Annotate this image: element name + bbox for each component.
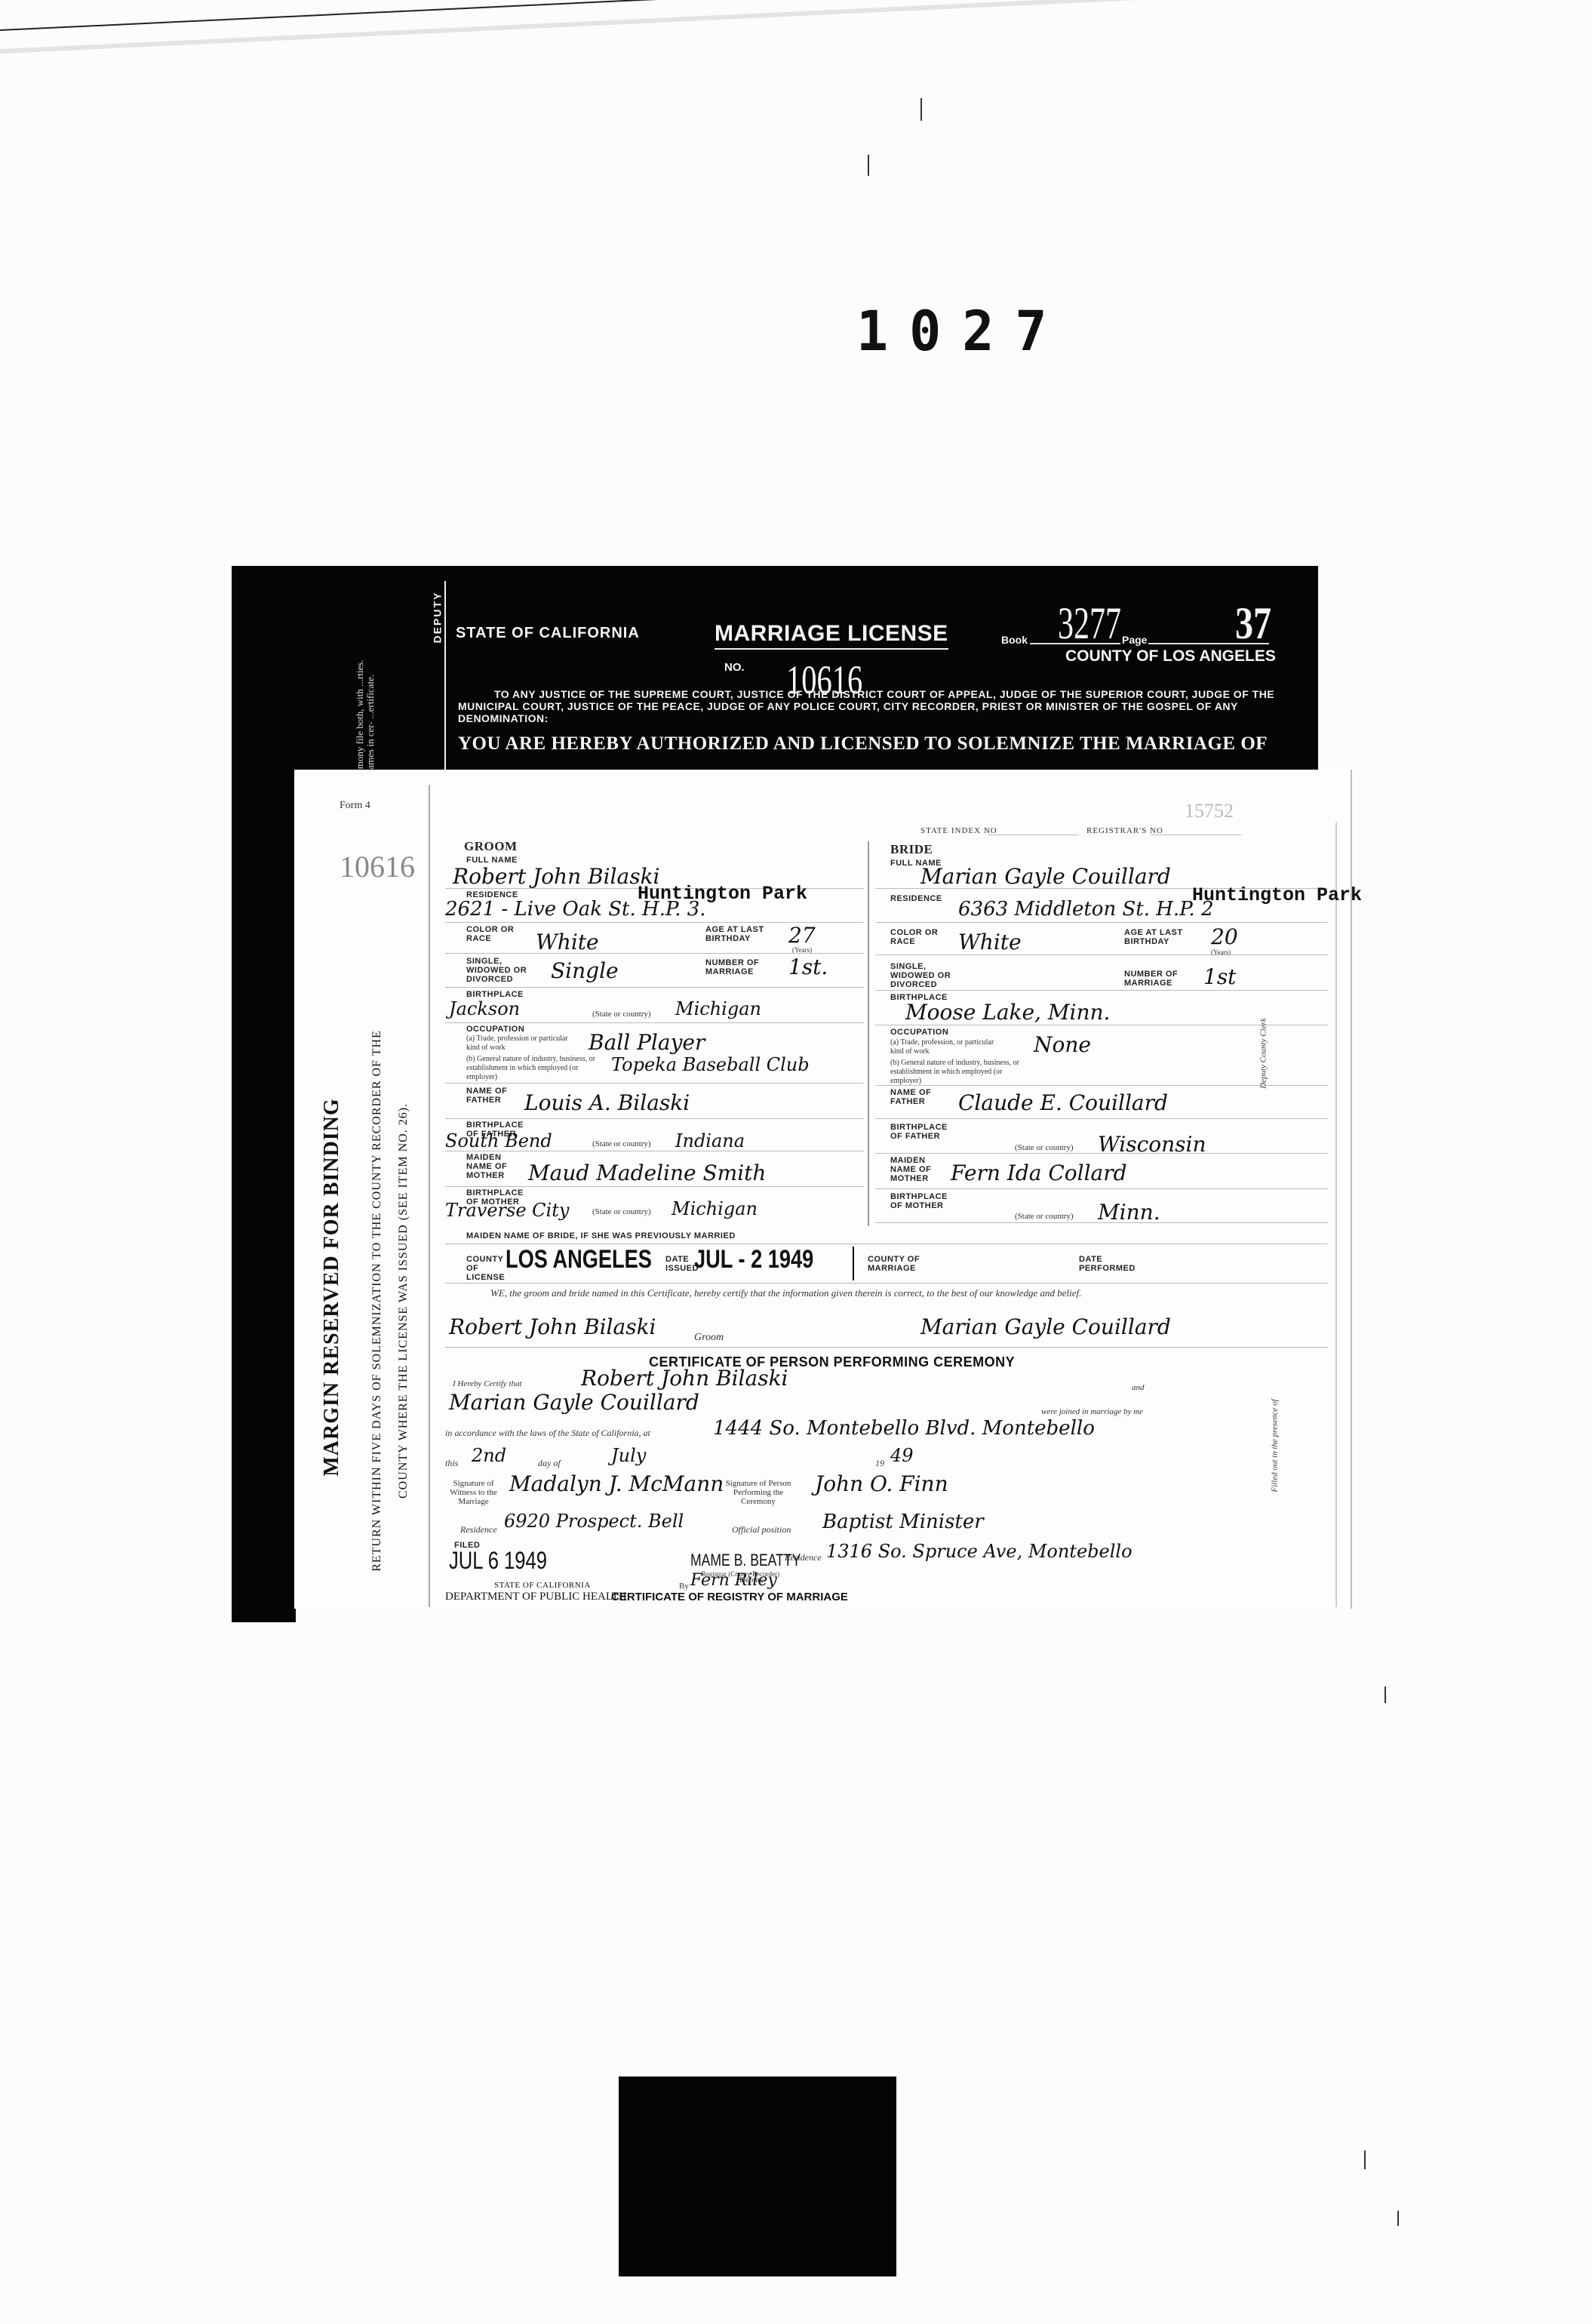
side-note-filled-out: Filled out in the presence of: [1289, 1373, 1304, 1524]
scan-speck: [1397, 2211, 1399, 2226]
state-index-line: [988, 835, 1079, 835]
row-rule: [875, 1188, 1328, 1189]
day-of-label: day of: [538, 1458, 561, 1469]
groom-father-birthplace-state: Indiana: [675, 1130, 745, 1151]
ceremony-day: 2nd: [472, 1445, 506, 1466]
state-index-label: STATE INDEX NO: [920, 826, 997, 835]
footer-department: DEPARTMENT OF PUBLIC HEALTH: [445, 1591, 627, 1603]
row-rule: [445, 1243, 1328, 1244]
license-left-strip: [232, 773, 296, 1622]
groom-residence: 2621 - Live Oak St. H.P. 3.: [445, 898, 706, 921]
groom-age-label: AGE AT LAST BIRTHDAY: [705, 925, 773, 943]
margin-instruction-1: RETURN WITHIN FIVE DAYS OF SOLEMNIZATION…: [370, 991, 384, 1610]
year-prefix: 19: [875, 1458, 884, 1469]
certify-prefix: I Hereby Certify that: [453, 1379, 522, 1388]
bride-father-label: NAME OF FATHER: [890, 1088, 936, 1106]
bride-marriage-number-label: NUMBER OF MARRIAGE: [1124, 970, 1185, 988]
margin-title: MARGIN RESERVED FOR BINDING: [320, 978, 344, 1597]
license-title: MARRIAGE LICENSE: [715, 621, 948, 650]
registrar-no-line: [1151, 835, 1241, 835]
maiden-previous-label: MAIDEN NAME OF BRIDE, IF SHE WAS PREVIOU…: [466, 1231, 736, 1240]
certify-groom: Robert John Bilaski: [581, 1366, 788, 1391]
book-label: Book: [1001, 634, 1028, 646]
row-rule: [875, 990, 1328, 991]
county-license-label: COUNTY OF LICENSE: [466, 1255, 512, 1282]
footer-state: STATE OF CALIFORNIA: [494, 1581, 591, 1590]
row-rule: [445, 1186, 864, 1187]
margin-instruction-2: COUNTY WHERE THE LICENSE WAS ISSUED (SEE…: [397, 991, 410, 1610]
form-label: Form 4: [340, 800, 370, 812]
margin-rule: [429, 785, 430, 1607]
deputy-label: Deputy: [739, 1575, 764, 1585]
scan-speck: [1385, 1686, 1386, 1703]
row-rule: [445, 1022, 864, 1023]
row-rule: [875, 1222, 1328, 1223]
officiant-residence: 1316 So. Spruce Ave, Montebello: [826, 1541, 1133, 1562]
groom-occupation-a: Ball Player: [589, 1030, 705, 1055]
groom-mother-birthplace-state: Michigan: [672, 1198, 758, 1219]
bride-marriage-number: 1st: [1203, 964, 1236, 989]
groom-color: White: [536, 930, 599, 954]
column-divider: [868, 841, 869, 1226]
state-or-country-label: (State or country): [592, 1010, 651, 1019]
groom-status-label: SINGLE, WIDOWED OR DIVORCED: [466, 957, 542, 984]
ceremony-month: July: [611, 1445, 646, 1466]
row-rule: [445, 1283, 1328, 1283]
groom-mother: Maud Madeline Smith: [528, 1160, 766, 1185]
bride-birthplace: Moose Lake, Minn.: [905, 1000, 1110, 1025]
groom-father: Louis A. Bilaski: [524, 1090, 690, 1115]
bride-years-label: (Years): [1211, 948, 1231, 957]
row-rule: [875, 1153, 1328, 1154]
deputy-signature-line: DEPUTY: [434, 581, 446, 773]
row-rule: [445, 1083, 864, 1084]
witness-signature: Madalyn J. McMann: [509, 1471, 724, 1496]
groom-occupation-b-label: (b) General nature of industry, business…: [466, 1055, 598, 1082]
stamped-number: 10616: [340, 849, 415, 884]
book-number: 3277: [1058, 598, 1121, 650]
joined-text: were joined in marriage by me: [1041, 1407, 1143, 1416]
witness-residence: 6920 Prospect. Bell: [504, 1511, 684, 1532]
bride-occupation-b-label: (b) General nature of industry, business…: [890, 1059, 1022, 1086]
bride-mother: Fern Ida Collard: [951, 1160, 1127, 1185]
groom-father-birthplace-city: South Bend: [445, 1130, 552, 1151]
row-rule: [445, 953, 864, 954]
certify-bride: Marian Gayle Couillard: [449, 1390, 699, 1415]
groom-heading: GROOM: [464, 842, 518, 851]
bride-mother-birthplace: Minn.: [1098, 1200, 1160, 1225]
scan-edge-shadow: [0, 0, 1592, 54]
bride-heading: BRIDE: [890, 845, 933, 854]
marriage-license-header: ...mony file both, with ...rties. Names …: [232, 566, 1318, 776]
bride-occupation-a: None: [1034, 1032, 1091, 1057]
bride-father: Claude E. Couillard: [958, 1090, 1168, 1115]
row-rule: [875, 1118, 1328, 1119]
right-rule: [1335, 822, 1337, 1607]
officiant-signature: John O. Finn: [815, 1471, 948, 1496]
bride-occupation-a-label: (a) Trade, profession, or particular kin…: [890, 1038, 1000, 1056]
bride-mother-birthplace-label: BIRTHPLACE OF MOTHER: [890, 1192, 951, 1210]
by-label: By: [679, 1582, 689, 1591]
witness-residence-label: Residence: [460, 1524, 497, 1535]
bride-age-label: AGE AT LAST BIRTHDAY: [1124, 928, 1192, 946]
bride-full-name: Marian Gayle Couillard: [920, 864, 1171, 889]
scan-speck: [1364, 2150, 1366, 2169]
scan-speck: [868, 155, 869, 176]
state-or-country-label: (State or country): [592, 1207, 651, 1216]
registrar-stamp: 15752: [1185, 800, 1234, 822]
bride-father-birthplace-label: BIRTHPLACE OF FATHER: [890, 1123, 951, 1141]
license-no-label: NO.: [724, 661, 745, 674]
state-or-country-label: (State or country): [592, 1139, 651, 1148]
row-rule: [445, 1118, 864, 1119]
bride-signature: Marian Gayle Couillard: [920, 1314, 1171, 1339]
groom-signature-label: Groom: [694, 1332, 724, 1344]
date-issued-label: DATE ISSUED: [665, 1255, 696, 1273]
bride-status-label: SINGLE, WIDOWED OR DIVORCED: [890, 962, 966, 989]
deputy-signature: Fern Riley: [690, 1571, 777, 1590]
page-number: 37: [1235, 598, 1271, 650]
bride-color: White: [958, 930, 1022, 954]
row-rule: [445, 1151, 864, 1151]
groom-father-label: NAME OF FATHER: [466, 1087, 512, 1105]
footer-title: CERTIFICATE OF REGISTRY OF MARRIAGE: [611, 1591, 848, 1603]
certificate-card: Form 4 10616 MARGIN RESERVED FOR BINDING…: [294, 770, 1352, 1609]
page-stamp-number: 1027: [856, 299, 1068, 364]
binding-margin: MARGIN RESERVED FOR BINDING RETURN WITHI…: [309, 981, 423, 1600]
position-label: Official position: [732, 1524, 791, 1535]
groom-occupation-a-label: (a) Trade, profession or particular kind…: [466, 1034, 576, 1053]
and-label: and: [1132, 1383, 1145, 1392]
bride-occupation-label: OCCUPATION: [890, 1028, 948, 1037]
groom-birthplace-city: Jackson: [449, 998, 520, 1019]
bride-residence-typed: Huntington Park: [1192, 884, 1362, 906]
groom-occupation-b: Topeka Baseball Club: [611, 1054, 810, 1075]
groom-color-label: COLOR OR RACE: [466, 925, 519, 943]
bride-color-label: COLOR OR RACE: [890, 928, 943, 946]
license-address: TO ANY JUSTICE OF THE SUPREME COURT, JUS…: [458, 688, 1318, 724]
bride-residence-label: RESIDENCE: [890, 894, 942, 903]
county-license: LOS ANGELES: [506, 1245, 652, 1274]
groom-signature: Robert John Bilaski: [449, 1314, 656, 1339]
official-position: Baptist Minister: [822, 1511, 984, 1533]
license-authorization: YOU ARE HEREBY AUTHORIZED AND LICENSED T…: [458, 733, 1268, 755]
groom-mother-label: MAIDEN NAME OF MOTHER: [466, 1153, 512, 1180]
bride-residence: 6363 Middleton St. H.P. 2: [958, 898, 1214, 921]
groom-mother-birthplace-city: Traverse City: [445, 1200, 569, 1221]
date-issued: JUL - 2 1949: [694, 1245, 813, 1274]
page-label: Page: [1122, 634, 1147, 646]
license-state: STATE OF CALIFORNIA: [456, 625, 640, 642]
groom-birthplace-state: Michigan: [675, 998, 761, 1019]
witness-label: Signature of Witness to the Marriage: [445, 1479, 502, 1506]
stamp-divider: [853, 1247, 854, 1280]
officiant-label: Signature of Person Performing the Cerem…: [721, 1479, 796, 1506]
groom-full-name: Robert John Bilaski: [453, 864, 660, 889]
groom-age: 27: [788, 923, 816, 948]
license-county: COUNTY OF LOS ANGELES: [1065, 647, 1276, 666]
state-or-country-label: (State or country): [1015, 1143, 1074, 1152]
bride-mother-label: MAIDEN NAME OF MOTHER: [890, 1156, 936, 1183]
side-note-deputy-clerk: Deputy County Clerk: [1274, 996, 1289, 1117]
county-marriage-label: COUNTY OF MARRIAGE: [868, 1255, 928, 1273]
officiant-residence-label: Residence: [785, 1552, 822, 1563]
this-label: this: [445, 1458, 458, 1469]
groom-marriage-number-label: NUMBER OF MARRIAGE: [705, 958, 766, 976]
attest-text: WE, the groom and bride named in this Ce…: [445, 1286, 1313, 1299]
license-side-note: ...mony file both, with ...rties. Names …: [339, 649, 384, 777]
groom-status: Single: [551, 958, 619, 983]
ceremony-location: 1444 So. Montebello Blvd. Montebello: [713, 1417, 1095, 1440]
state-or-country-label: (State or country): [1015, 1212, 1074, 1221]
row-rule: [875, 954, 1328, 955]
redaction-block: [619, 2077, 896, 2276]
row-rule: [875, 922, 1328, 923]
row-rule: [445, 1347, 1328, 1348]
scan-speck: [920, 98, 922, 121]
bride-age: 20: [1211, 924, 1238, 949]
ceremony-year: 49: [890, 1445, 914, 1466]
groom-marriage-number: 1st.: [788, 954, 828, 979]
groom-occupation-label: OCCUPATION: [466, 1025, 524, 1034]
date-performed-label: DATE PERFORMED: [1079, 1255, 1139, 1273]
filed-date: JUL 6 1949: [449, 1547, 547, 1575]
accordance-text: in accordance with the laws of the State…: [445, 1428, 650, 1439]
row-rule: [445, 987, 864, 988]
